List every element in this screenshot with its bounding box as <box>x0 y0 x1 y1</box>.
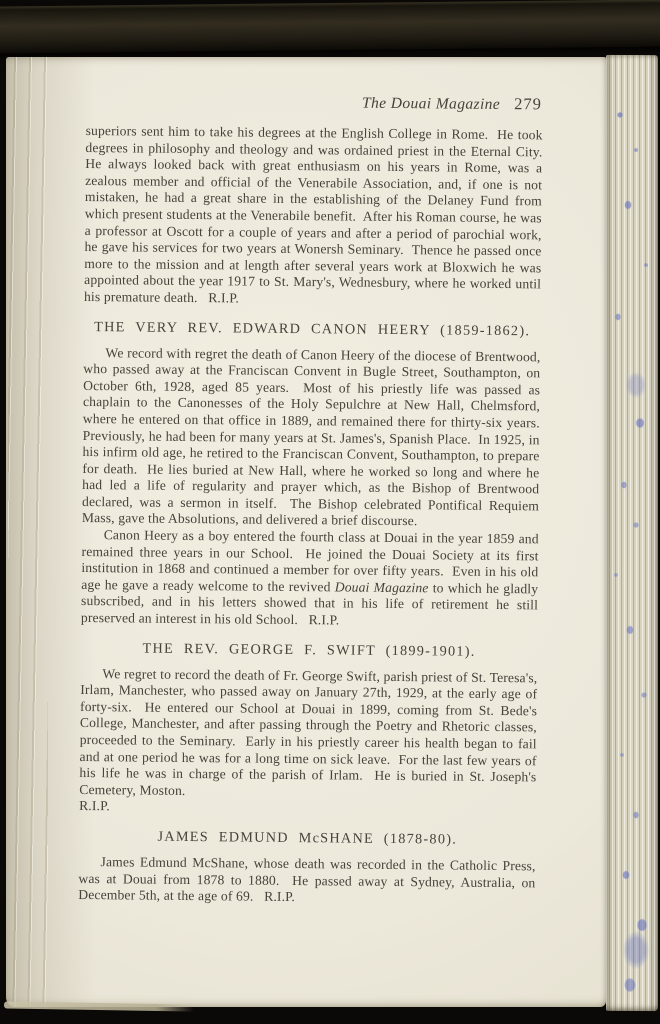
book-cover-edge <box>0 0 660 54</box>
obituary-heading: THE VERY REV. EDWARD CANON HEERY (1859-1… <box>84 319 541 340</box>
douai-magazine-mention: Douai Magazine <box>335 579 429 595</box>
body-paragraph: We regret to record the death of Fr. Geo… <box>79 666 537 820</box>
obituaries-text: superiors sent him to take his degrees a… <box>78 123 542 908</box>
paragraph-text: James Edmund McShane, whose death was re… <box>78 854 539 904</box>
book-page: The Douai Magazine279 superiors sent him… <box>6 57 606 1007</box>
body-paragraph: Canon Heery as a boy entered the fourth … <box>81 527 539 631</box>
paragraph-text: We record with regret the death of Canon… <box>82 345 547 529</box>
obituary-heading: JAMES EDMUND McSHANE (1878-80). <box>79 828 536 849</box>
paragraph-text: We regret to record the death of Fr. Geo… <box>79 666 541 798</box>
page-text-block: The Douai Magazine279 superiors sent him… <box>78 90 543 908</box>
body-paragraph: We record with regret the death of Canon… <box>82 345 541 532</box>
obituary-heading: THE REV. GEORGE F. SWIFT (1899-1901). <box>81 640 538 661</box>
body-paragraph: superiors sent him to take his degrees a… <box>84 123 543 310</box>
paragraph-text: R.I.P. <box>79 798 110 813</box>
magazine-title: The Douai Magazine <box>362 95 500 113</box>
body-paragraph: James Edmund McShane, whose death was re… <box>78 854 535 908</box>
running-header: The Douai Magazine279 <box>86 90 543 114</box>
paragraph-text: superiors sent him to take his degrees a… <box>84 123 550 305</box>
page-number: 279 <box>514 94 542 113</box>
book-scan: The Douai Magazine279 superiors sent him… <box>0 0 660 1024</box>
fore-edge-pages <box>606 55 658 1011</box>
gutter-crease-lines <box>8 57 48 1007</box>
